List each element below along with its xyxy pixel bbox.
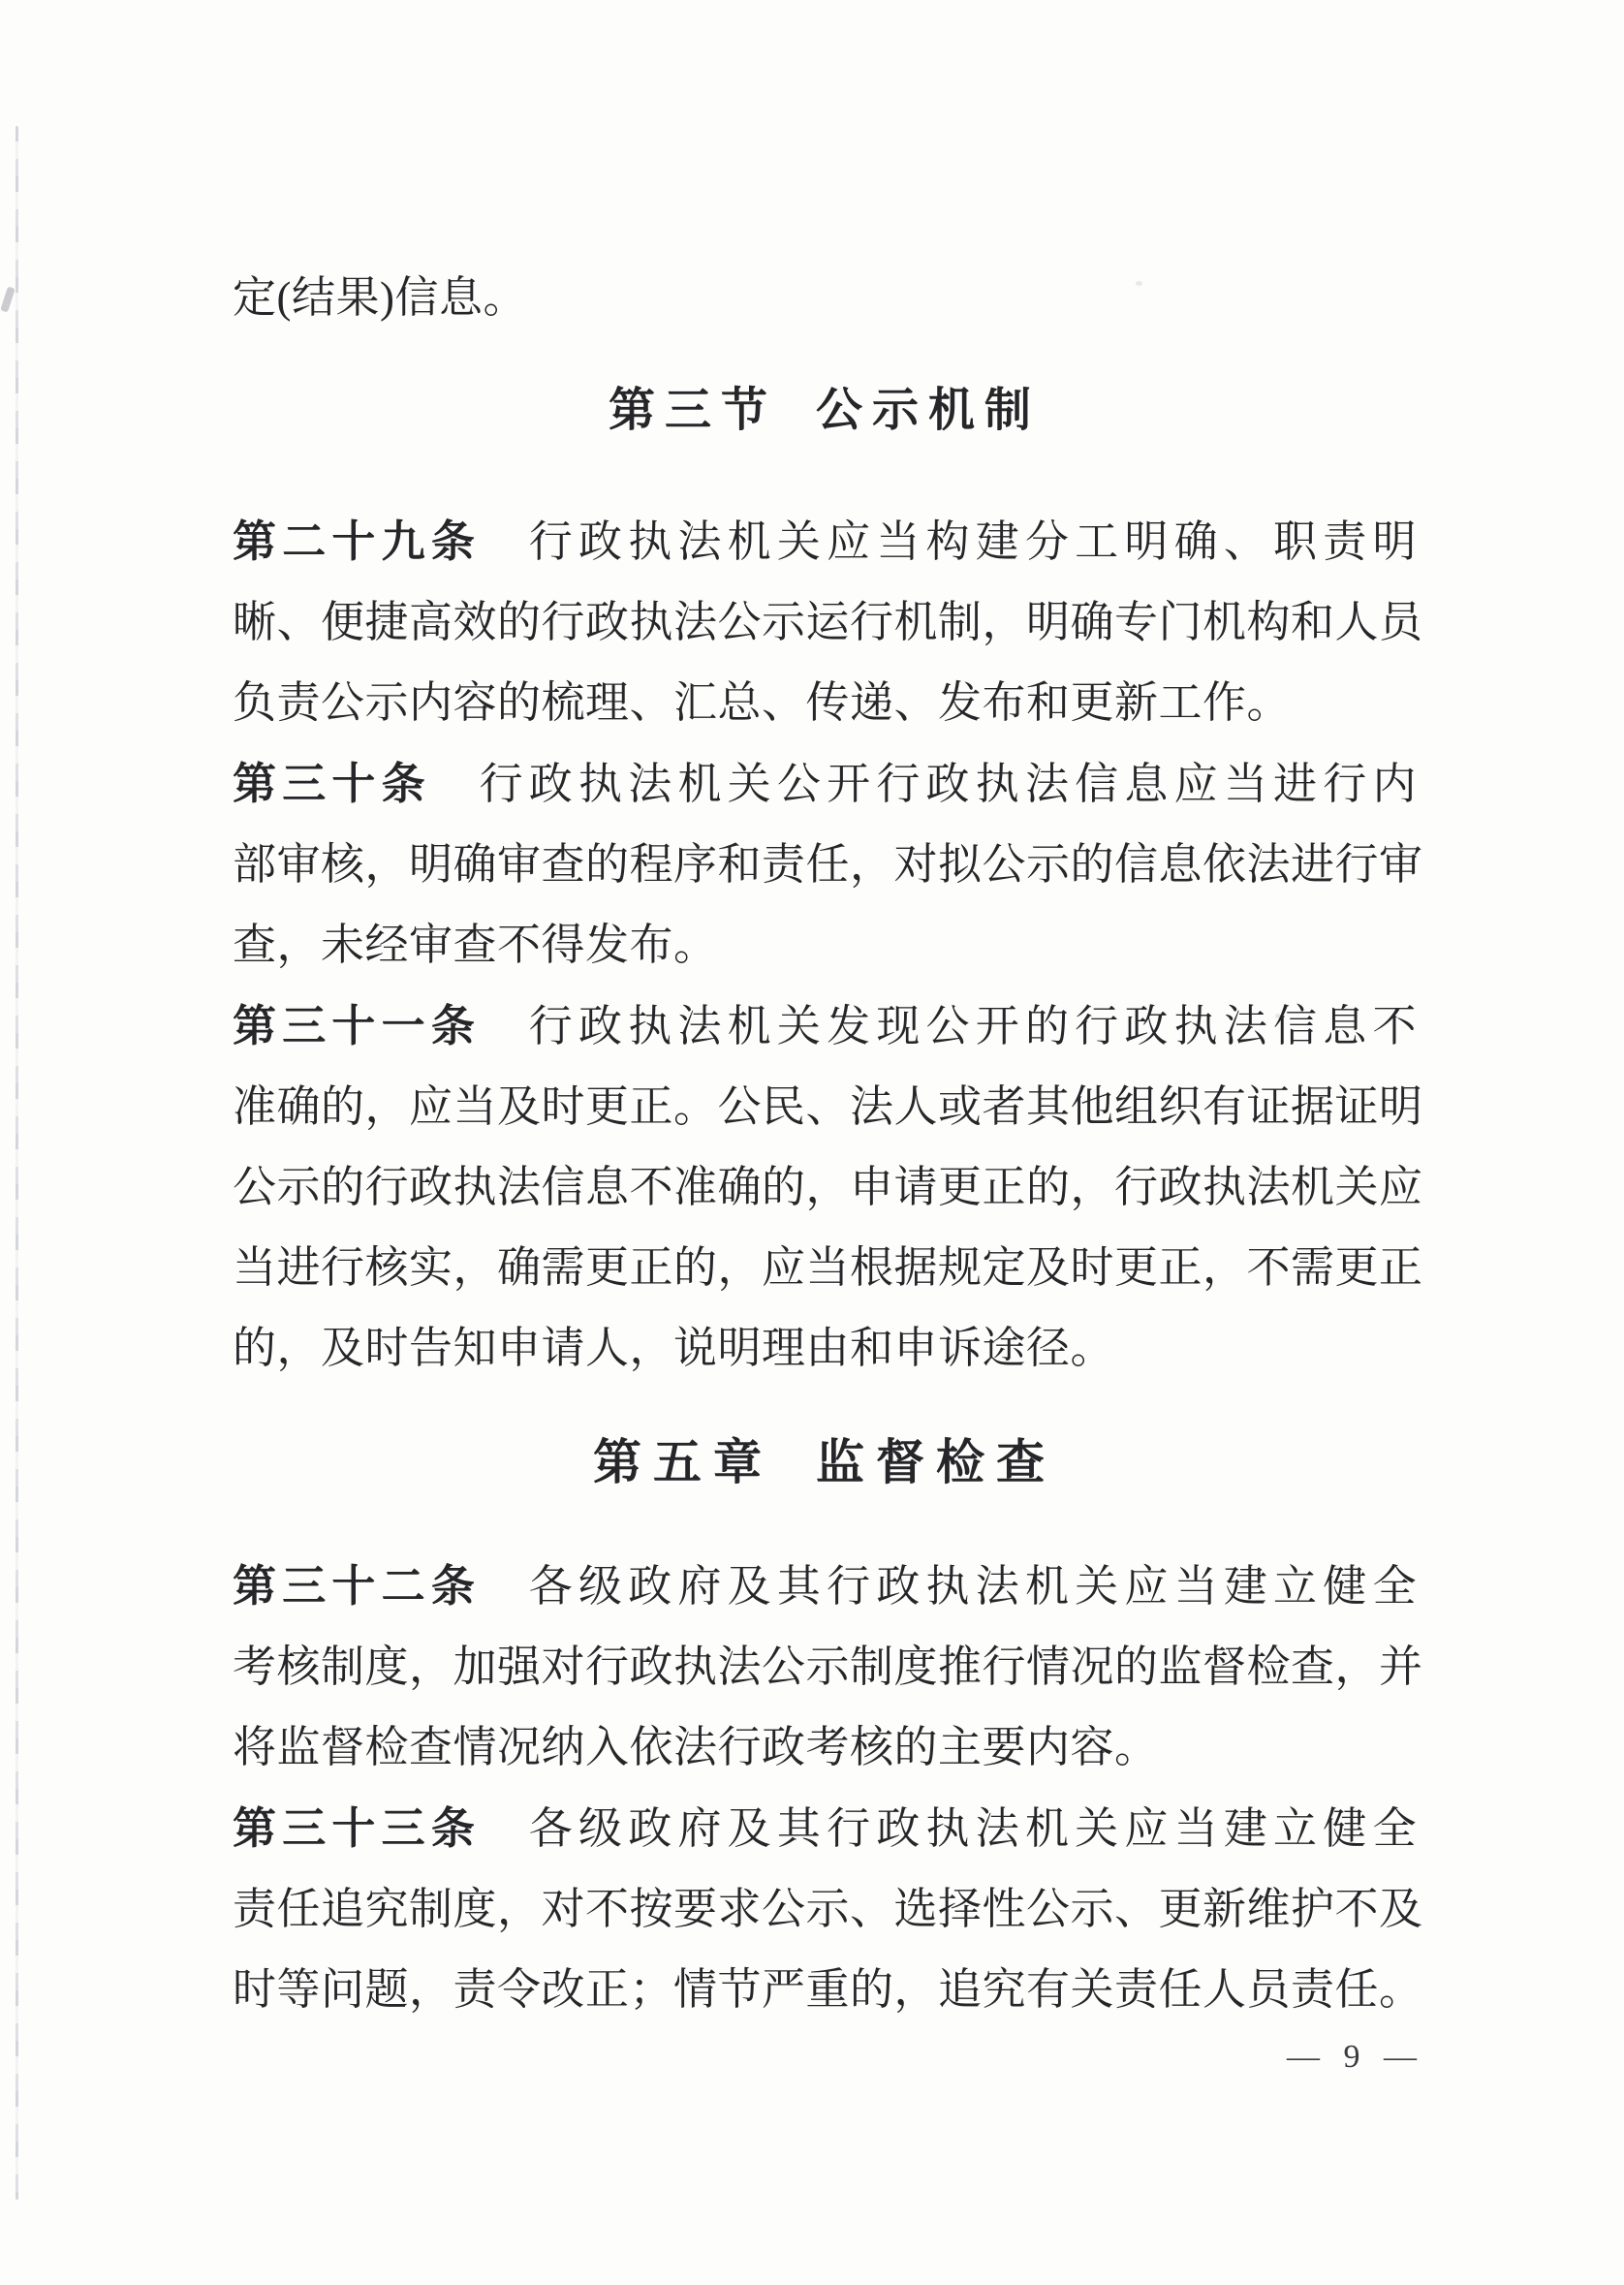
article-32: 第三十二条各级政府及其行政执法机关应当建立健全 考核制度，加强对行政执法公示制度… <box>233 1546 1417 1788</box>
scan-crease-artifact <box>16 126 18 2200</box>
article-line: 当进行核实，确需更正的，应当根据规定及时更正，不需更正 <box>233 1228 1417 1308</box>
article-line: 考核制度，加强对行政执法公示制度推行情况的监督检查，并 <box>233 1627 1417 1707</box>
article-term: 第三十三条 <box>233 1803 481 1853</box>
chapter-heading: 第五章监督检查 <box>233 1431 1417 1493</box>
article-term: 第三十一条 <box>233 1001 481 1050</box>
article-line: 时等问题，责令改正；情节严重的，追究有关责任人员责任。 <box>233 1950 1417 2030</box>
article-line: 第三十条行政执法机关公开行政执法信息应当进行内 <box>233 743 1417 825</box>
article-29: 第二十九条行政执法机关应当构建分工明确、职责明 晰、便捷高效的行政执法公示运行机… <box>233 501 1417 743</box>
article-33: 第三十三条各级政府及其行政执法机关应当建立健全 责任追究制度，对不按要求公示、选… <box>233 1788 1417 2030</box>
article-line: 查，未经审查不得发布。 <box>233 905 1417 986</box>
article-line: 第三十二条各级政府及其行政执法机关应当建立健全 <box>233 1546 1417 1627</box>
article-line: 的，及时告知申请人，说明理由和申诉途径。 <box>233 1308 1417 1389</box>
article-term: 第二十九条 <box>233 516 481 566</box>
chapter-title: 监督检查 <box>816 1435 1056 1489</box>
article-line: 第二十九条行政执法机关应当构建分工明确、职责明 <box>233 501 1417 582</box>
section-title: 公示机制 <box>816 385 1041 436</box>
text-column: 定(结果)信息。 第三节公示机制 第二十九条行政执法机关应当构建分工明确、职责明… <box>233 0 1417 2077</box>
article-line: 第三十一条行政执法机关发现公开的行政执法信息不 <box>233 986 1417 1067</box>
continuation-line: 定(结果)信息。 <box>233 258 1417 338</box>
article-line-text: 行政执法机关公开行政执法信息应当进行内 <box>474 760 1417 808</box>
article-line-text: 各级政府及其行政执法机关应当建立健全 <box>523 1562 1417 1611</box>
scan-speck <box>0 286 16 312</box>
section-heading: 第三节公示机制 <box>233 381 1417 441</box>
article-term: 第三十二条 <box>233 1561 481 1611</box>
article-line: 晰、便捷高效的行政执法公示运行机制，明确专门机构和人员 <box>233 582 1417 663</box>
article-line: 第三十三条各级政府及其行政执法机关应当建立健全 <box>233 1788 1417 1869</box>
article-line: 将监督检查情况纳入依法行政考核的主要内容。 <box>233 1707 1417 1788</box>
article-line: 部审核，明确审查的程序和责任，对拟公示的信息依法进行审 <box>233 825 1417 905</box>
article-31: 第三十一条行政执法机关发现公开的行政执法信息不 准确的，应当及时更正。公民、法人… <box>233 986 1417 1389</box>
article-term: 第三十条 <box>233 759 431 808</box>
chapter-number: 第五章 <box>593 1435 773 1489</box>
scanned-document-page: 定(结果)信息。 第三节公示机制 第二十九条行政执法机关应当构建分工明确、职责明… <box>0 0 1624 2285</box>
article-line: 负责公示内容的梳理、汇总、传递、发布和更新工作。 <box>233 663 1417 743</box>
page-number: — 9 — <box>233 2038 1417 2077</box>
article-line-text: 行政执法机关应当构建分工明确、职责明 <box>523 517 1417 566</box>
article-30: 第三十条行政执法机关公开行政执法信息应当进行内 部审核，明确审查的程序和责任，对… <box>233 743 1417 986</box>
section-number: 第三节 <box>609 385 777 436</box>
article-line-text: 各级政府及其行政执法机关应当建立健全 <box>523 1804 1417 1853</box>
article-line: 公示的行政执法信息不准确的，申请更正的，行政执法机关应 <box>233 1147 1417 1228</box>
article-line: 责任追究制度，对不按要求公示、选择性公示、更新维护不及 <box>233 1869 1417 1950</box>
article-line-text: 行政执法机关发现公开的行政执法信息不 <box>523 1002 1417 1050</box>
article-line: 准确的，应当及时更正。公民、法人或者其他组织有证据证明 <box>233 1067 1417 1147</box>
